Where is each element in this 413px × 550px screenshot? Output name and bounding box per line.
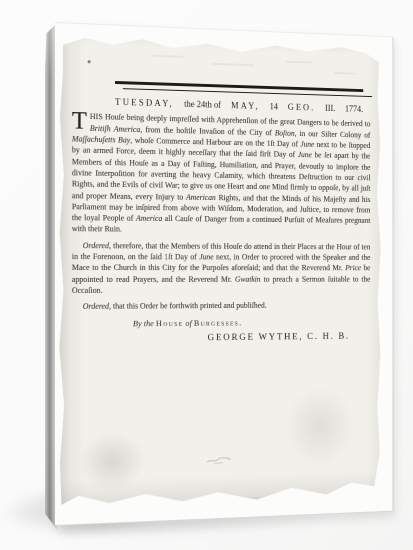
dateline: TUESDAY,the 24th ofMAY,14GEO.III.1774. [115, 97, 363, 114]
photograph-background: TUESDAY,the 24th ofMAY,14GEO.III.1774. T… [0, 0, 413, 550]
byline: By the House of Burgesses. [72, 316, 370, 328]
ghost-offset-mark [152, 55, 185, 58]
ghost-offset-mark [285, 61, 312, 63]
paragraph-order-print: Ordered, that this Order be forthwith pr… [72, 300, 370, 313]
paragraph-order-attend: Ordered, therefore, that the Members of … [72, 240, 370, 296]
pencil-inscription [205, 453, 233, 466]
signature: GEORGE WYTHE, C. H. B. [72, 330, 370, 344]
mount-board: TUESDAY,the 24th ofMAY,14GEO.III.1774. T… [55, 22, 393, 526]
printed-text-column: TUESDAY,the 24th ofMAY,14GEO.III.1774. T… [72, 80, 370, 345]
ghost-offset-mark [211, 63, 254, 66]
paragraph-resolution-text: HIS Houſe being deeply impreſſed with Ap… [72, 112, 371, 233]
drop-cap: T [72, 111, 90, 132]
ghost-offset-mark [334, 72, 356, 74]
ink-speck [88, 60, 90, 63]
broadside-paper: TUESDAY,the 24th ofMAY,14GEO.III.1774. T… [58, 31, 382, 511]
paragraph-resolution: THIS Houſe being deeply impreſſed with A… [72, 111, 370, 237]
